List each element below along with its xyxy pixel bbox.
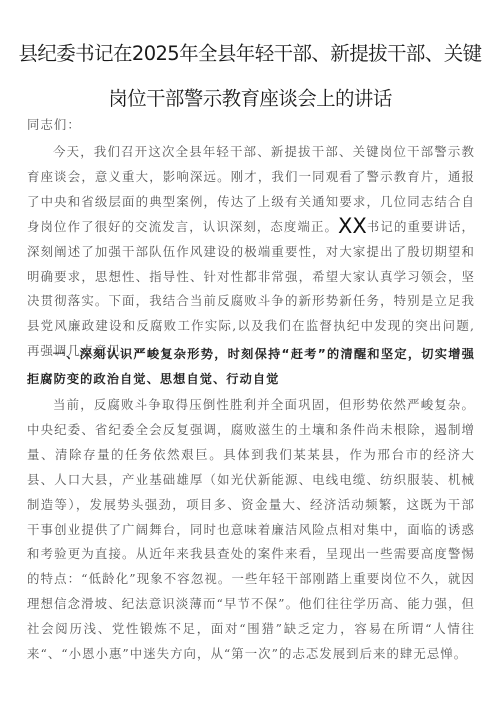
paragraph-situation: 当前，反腐败斗争取得压倒性胜利并全面巩固，但形势依然严峻复杂。中央纪委、省纪委全…: [27, 393, 475, 667]
placeholder-name-xx: XX: [338, 214, 367, 238]
document-title-line-2: 岗位干部警示教育座谈会上的讲话: [0, 83, 500, 111]
document-page: 县纪委书记在2025年全县年轻干部、新提拔干部、关键 岗位干部警示教育座谈会上的…: [0, 0, 500, 707]
document-title-line-1: 县纪委书记在2025年全县年轻干部、新提拔干部、关键: [0, 38, 500, 66]
section-heading-1: 一、深刻认识严峻复杂形势，时刻保持“赶考”的清醒和坚定，切实增强拒腐防变的政治自…: [27, 342, 475, 392]
paragraph-intro-part2: 书记的重要讲话，深刻阐述了加强干部队伍作风建设的极端重要性，对大家提出了殷切期望…: [27, 219, 475, 359]
paragraph-intro: 今天，我们召开这次全县年轻干部、新提拔干部、关键岗位干部警示教育座谈会，意义重大…: [27, 140, 475, 364]
greeting: 同志们：: [27, 113, 475, 138]
